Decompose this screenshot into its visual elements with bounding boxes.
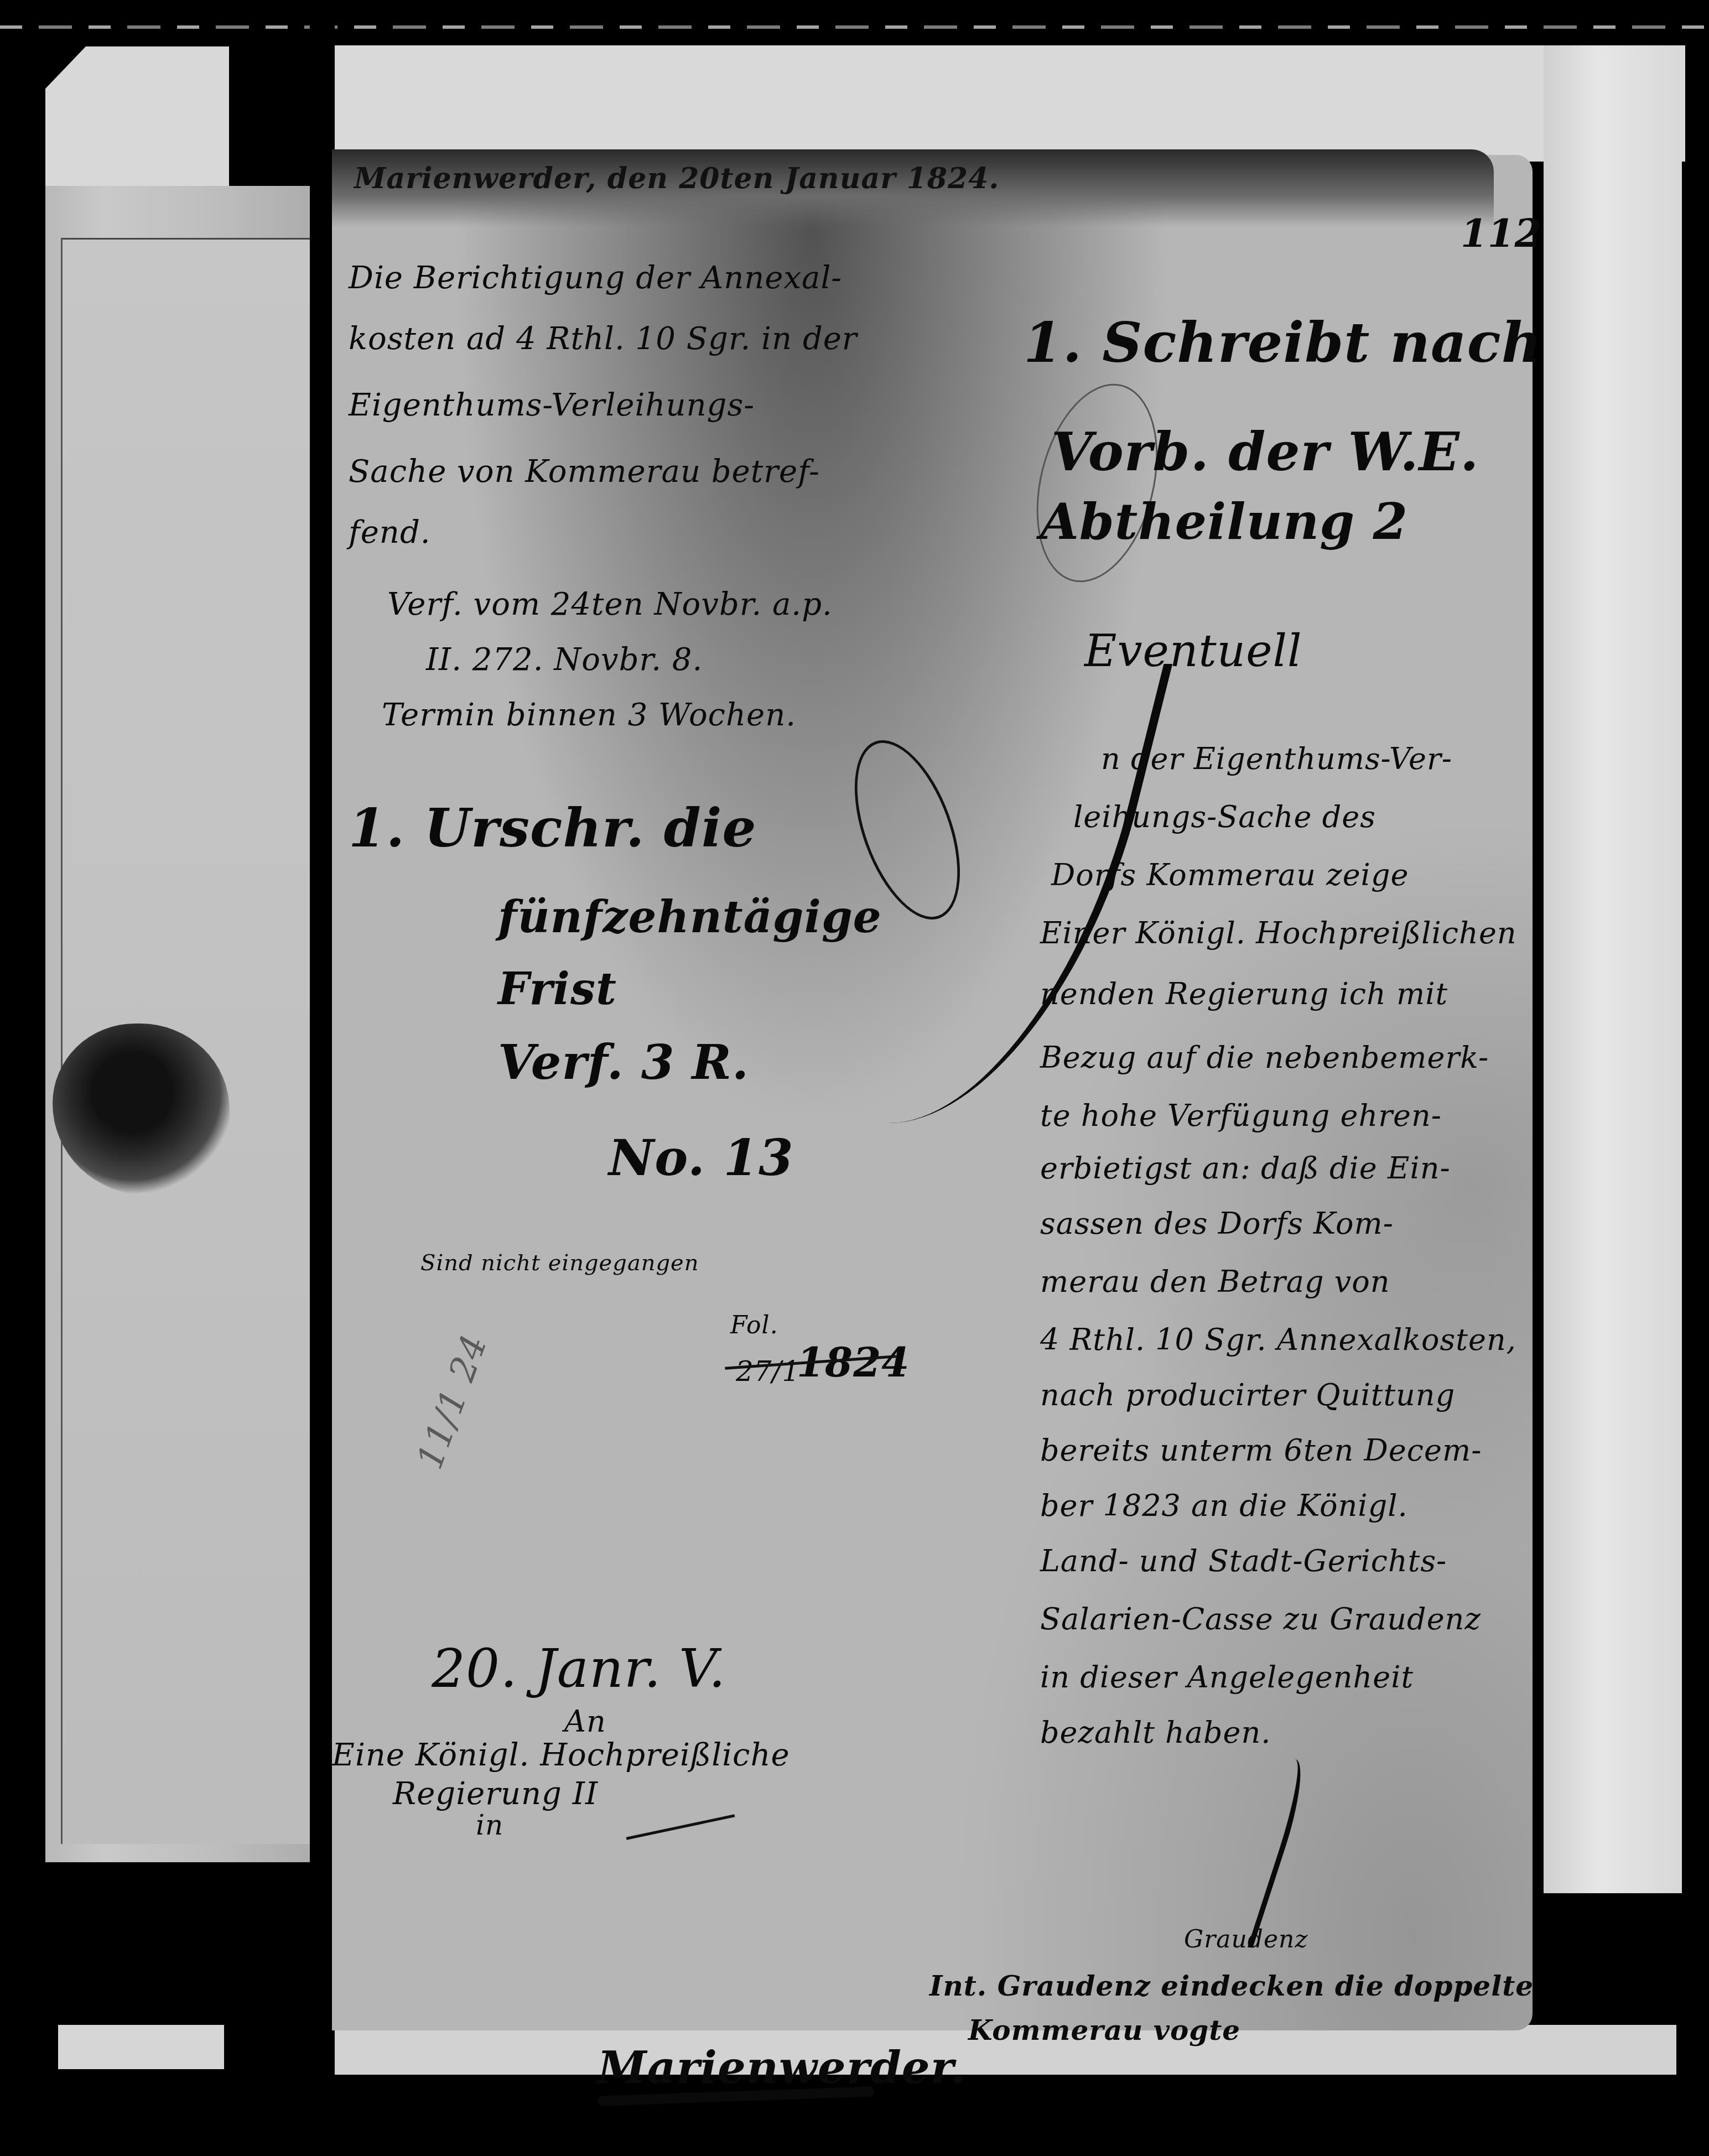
body-line: leihungs-Sache des [1073, 799, 1376, 834]
body-line: te hohe Verfügung ehren- [1040, 1098, 1442, 1133]
backing-sheet-top-left [45, 46, 229, 187]
subject-line: kosten ad 4 Rthl. 10 Sgr. in der [349, 321, 858, 357]
subject-line: Eigenthums-Verleihungs- [349, 387, 755, 423]
backing-sheet-bottom-left [58, 2025, 224, 2069]
signature-line: Kommerau vogte [968, 2014, 1240, 2046]
binding-spine [310, 0, 335, 2156]
instruction-line: Vorb. der W.E. [1051, 420, 1479, 483]
decree-line: Frist [498, 963, 617, 1015]
initialed-date-day: 27/1 [736, 1355, 800, 1388]
body-line: Dorfs Kommerau zeige [1051, 858, 1409, 892]
body-line: erbietigst an: daß die Ein- [1040, 1151, 1451, 1186]
address-line: An [564, 1704, 606, 1739]
signature-line: Int. Graudenz eindecken die doppelte [929, 1970, 1534, 2002]
body-line: n der Eigenthums-Ver- [1101, 741, 1452, 776]
body-line: merau den Betrag von [1040, 1264, 1390, 1299]
folio-number: 112 [1461, 210, 1541, 256]
reference-line: Termin binnen 3 Wochen. [382, 697, 796, 733]
body-line: 4 Rthl. 10 Sgr. Annexalkosten, [1040, 1322, 1516, 1357]
decree-line: 1. Urschr. die [349, 797, 757, 859]
date-line: 20. Janr. V. [432, 1638, 726, 1700]
instruction-line: Abtheilung 2 [1040, 492, 1408, 551]
decree-line: fünfzehntägige [498, 891, 882, 943]
address-line: Regierung II [393, 1776, 598, 1812]
instruction-line: 1. Schreibt nach [1024, 310, 1542, 375]
body-line: sassen des Dorfs Kom- [1040, 1206, 1394, 1241]
body-line: Land- und Stadt-Gerichts- [1040, 1544, 1447, 1578]
initialed-date-fol: Fol. [730, 1311, 778, 1339]
body-line: Bezug auf die nebenbemerk- [1040, 1040, 1489, 1075]
body-line: Salarien-Casse zu Graudenz [1040, 1602, 1481, 1637]
signature-line: Graudenz [1184, 1925, 1308, 1954]
scan-edge-noise [0, 25, 1709, 29]
body-line: in dieser Angelegenheit [1040, 1660, 1414, 1695]
reference-line: Verf. vom 24ten Novbr. a.p. [387, 586, 833, 622]
subject-line: Die Berichtigung der Annexal- [349, 260, 842, 296]
body-line: bezahlt haben. [1040, 1715, 1271, 1750]
address-line: in [476, 1809, 503, 1841]
backing-sheet-top [330, 45, 1685, 162]
subject-line: Sache von Kommerau betref- [349, 454, 820, 490]
reference-line: II. 272. Novbr. 8. [426, 642, 703, 678]
body-line: nenden Regierung ich mit [1040, 976, 1448, 1011]
subject-line: fend. [349, 515, 431, 550]
decree-line: Verf. 3 R. [498, 1035, 749, 1090]
destination-city: Marienwerder. [598, 2041, 966, 2093]
header-date-line: Marienwerder, den 20ten Januar 1824. [354, 162, 999, 195]
note-not-received: Sind nicht eingegangen [420, 1250, 699, 1276]
backing-sheet-right [1544, 45, 1682, 1893]
body-line: Einer Königl. Hochpreißlichen [1040, 916, 1517, 950]
body-line: ber 1823 an die Königl. [1040, 1488, 1408, 1523]
body-line: nach producirter Quittung [1040, 1378, 1455, 1412]
decree-line: No. 13 [609, 1129, 794, 1187]
body-line: bereits unterm 6ten Decem- [1040, 1433, 1482, 1468]
address-line: Eine Königl. Hochpreißliche [332, 1737, 790, 1773]
